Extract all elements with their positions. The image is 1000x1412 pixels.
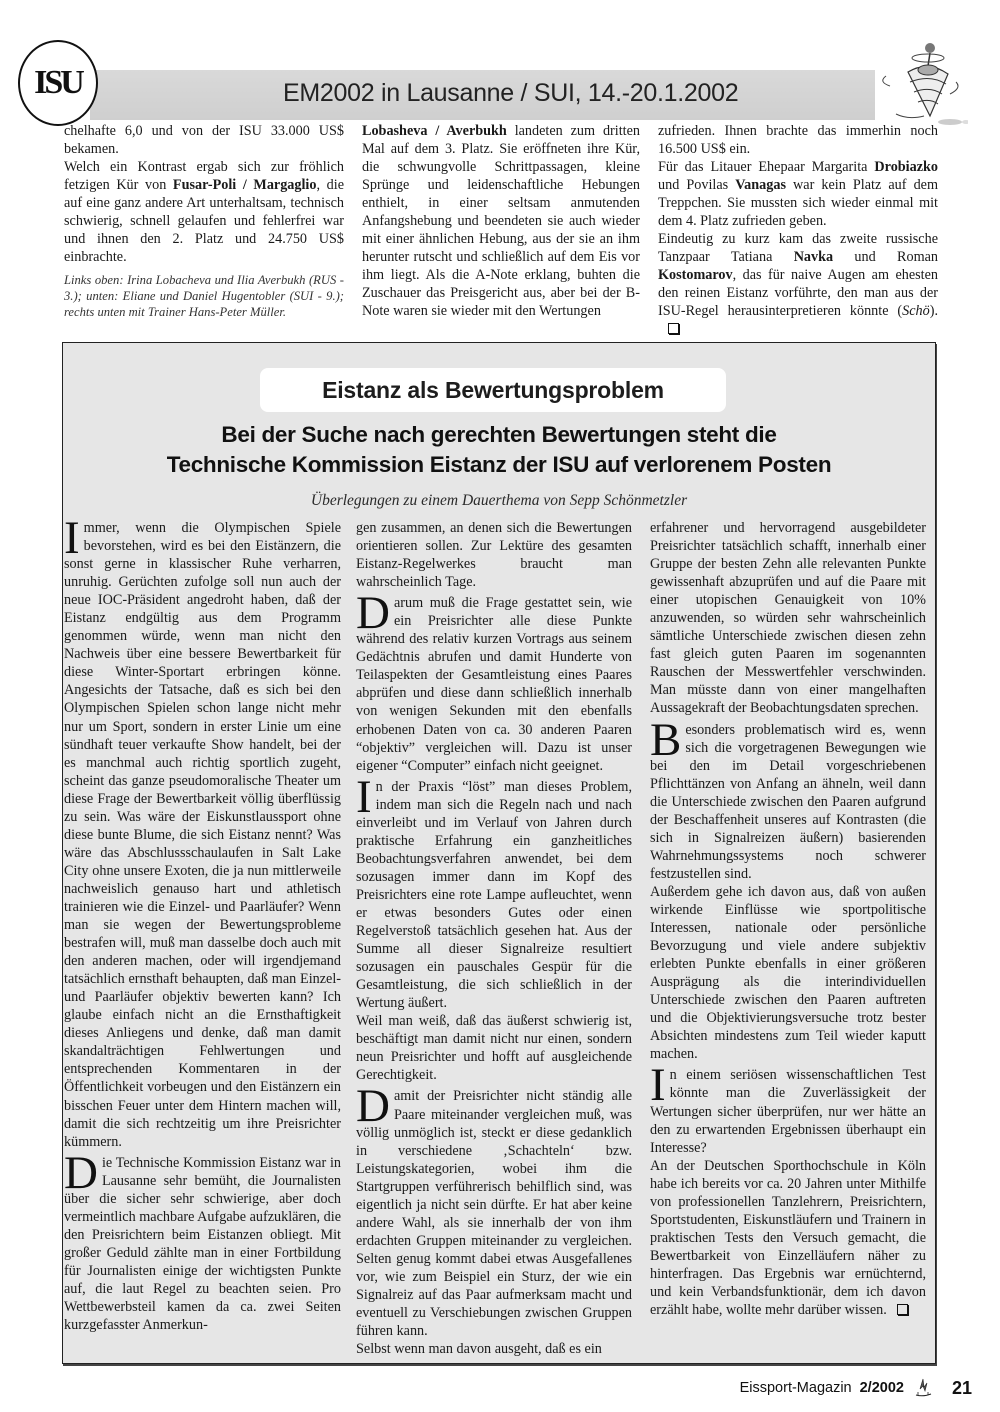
issue-number: 2/2002 bbox=[860, 1380, 904, 1396]
magazine-name: Eissport-Magazin bbox=[740, 1380, 852, 1396]
article-headline: Bei der Suche nach gerechten Bewertungen… bbox=[62, 420, 936, 480]
top-article-column-2: Lobasheva / Averbukh landeten zum dritte… bbox=[362, 122, 640, 320]
text: An der Deutschen Sporthochschule in Köln… bbox=[650, 1158, 926, 1318]
text: ie Technische Kommission Eistanz war in … bbox=[64, 1155, 341, 1333]
paragraph: Welch ein Kontrast ergab sich zur fröhli… bbox=[64, 158, 344, 266]
paragraph: Für das Litauer Ehepaar Margarita Drobia… bbox=[658, 158, 938, 230]
top-article-column-1: chelhafte 6,0 und von der ISU 33.000 US$… bbox=[64, 122, 344, 320]
paragraph: Damit der Preisrichter nicht ständig all… bbox=[356, 1087, 632, 1340]
drop-cap: B bbox=[650, 722, 681, 758]
text: n einem seriösen wissenschaftlichen Test… bbox=[650, 1067, 926, 1155]
text: Für das Litauer Ehepaar Margarita bbox=[658, 159, 874, 175]
headline-line-2: Technische Kommission Eistanz der ISU au… bbox=[62, 450, 936, 480]
text: landeten zum dritten Mal auf dem 3. Plat… bbox=[362, 123, 640, 319]
paragraph: Selbst wenn man davon ausgeht, daß es ei… bbox=[356, 1340, 632, 1358]
isu-logo-icon: ISU bbox=[18, 40, 98, 126]
drop-cap: D bbox=[356, 1088, 390, 1124]
text: und Roman bbox=[833, 249, 938, 265]
text: arum muß die Frage gestattet sein, wie e… bbox=[356, 595, 632, 773]
article-column-3: erfahrener und hervorragend ausgebildete… bbox=[650, 519, 926, 1319]
paragraph: Immer, wenn die Olympischen Spiele bevor… bbox=[64, 519, 341, 1151]
skater-names: Fusar-Poli / Margaglio bbox=[173, 177, 317, 193]
paragraph: An der Deutschen Sporthochschule in Köln… bbox=[650, 1157, 926, 1319]
headline-line-1: Bei der Suche nach gerechten Bewertungen… bbox=[62, 420, 936, 450]
paragraph: Lobasheva / Averbukh landeten zum dritte… bbox=[362, 122, 640, 320]
article-column-1: Immer, wenn die Olympischen Spiele bevor… bbox=[64, 519, 341, 1334]
paragraph: gen zusammen, an denen sich die Bewertun… bbox=[356, 519, 632, 591]
paragraph: Weil man weiß, daß das äußerst schwierig… bbox=[356, 1012, 632, 1084]
end-of-article-icon bbox=[668, 323, 679, 334]
paragraph: erfahrener und hervorragend ausgebildete… bbox=[650, 519, 926, 718]
drop-cap: D bbox=[356, 595, 390, 631]
paragraph: Besonders problematisch wird es, wenn si… bbox=[650, 721, 926, 883]
drop-cap: I bbox=[650, 1067, 666, 1103]
drop-cap: I bbox=[64, 520, 80, 556]
text: n der Praxis “löst” man dieses Problem, … bbox=[356, 779, 632, 1012]
paragraph: chelhafte 6,0 und von der ISU 33.000 US$… bbox=[64, 122, 344, 158]
skater-logo-icon bbox=[912, 1377, 934, 1399]
article-kicker: Eistanz als Bewertungsproblem bbox=[260, 368, 726, 412]
spinning-top-icon bbox=[868, 38, 968, 128]
page-number: 21 bbox=[952, 1378, 972, 1399]
drop-cap: D bbox=[64, 1155, 98, 1191]
text: esonders problematisch wird es, wenn sic… bbox=[650, 722, 926, 882]
article-byline: Überlegungen zu einem Dauerthema von Sep… bbox=[62, 492, 936, 510]
skater-name: Kostomarov bbox=[658, 267, 733, 283]
text: und Povilas bbox=[658, 177, 735, 193]
skater-name: Vanagas bbox=[735, 177, 786, 193]
paragraph: Darum muß die Frage gestattet sein, wie … bbox=[356, 594, 632, 774]
paragraph: Eindeutig zu kurz kam das zweite russisc… bbox=[658, 230, 938, 338]
author-initials: Schö bbox=[902, 303, 930, 319]
paragraph: zufrieden. Ihnen brachte das immerhin no… bbox=[658, 122, 938, 158]
text: ). bbox=[930, 303, 938, 319]
skater-names: Lobasheva / Averbukh bbox=[362, 123, 507, 139]
top-article-column-3: zufrieden. Ihnen brachte das immerhin no… bbox=[658, 122, 938, 338]
page-header-title: EM2002 in Lausanne / SUI, 14.-20.1.2002 bbox=[283, 79, 738, 108]
skater-name: Navka bbox=[794, 249, 833, 265]
drop-cap: I bbox=[356, 779, 372, 815]
skater-name: Drobiazko bbox=[874, 159, 938, 175]
paragraph: Außerdem gehe ich davon aus, daß von auß… bbox=[650, 883, 926, 1063]
photo-caption: Links oben: Irina Lobacheva und Ilia Ave… bbox=[64, 272, 344, 320]
paragraph: In der Praxis “löst” man dieses Problem,… bbox=[356, 778, 632, 1013]
page-footer: Eissport-Magazin 2/2002 21 bbox=[740, 1377, 972, 1399]
paragraph: Die Technische Kommission Eistanz war in… bbox=[64, 1154, 341, 1334]
paragraph: In einem seriösen wissenschaftlichen Tes… bbox=[650, 1066, 926, 1156]
text: amit der Preisrichter nicht ständig alle… bbox=[356, 1088, 632, 1339]
text: mmer, wenn die Olympischen Spiele bevors… bbox=[64, 520, 341, 1150]
end-of-article-icon bbox=[897, 1304, 908, 1315]
isu-logo-text: ISU bbox=[34, 64, 82, 102]
article-column-2: gen zusammen, an denen sich die Bewertun… bbox=[356, 519, 632, 1358]
